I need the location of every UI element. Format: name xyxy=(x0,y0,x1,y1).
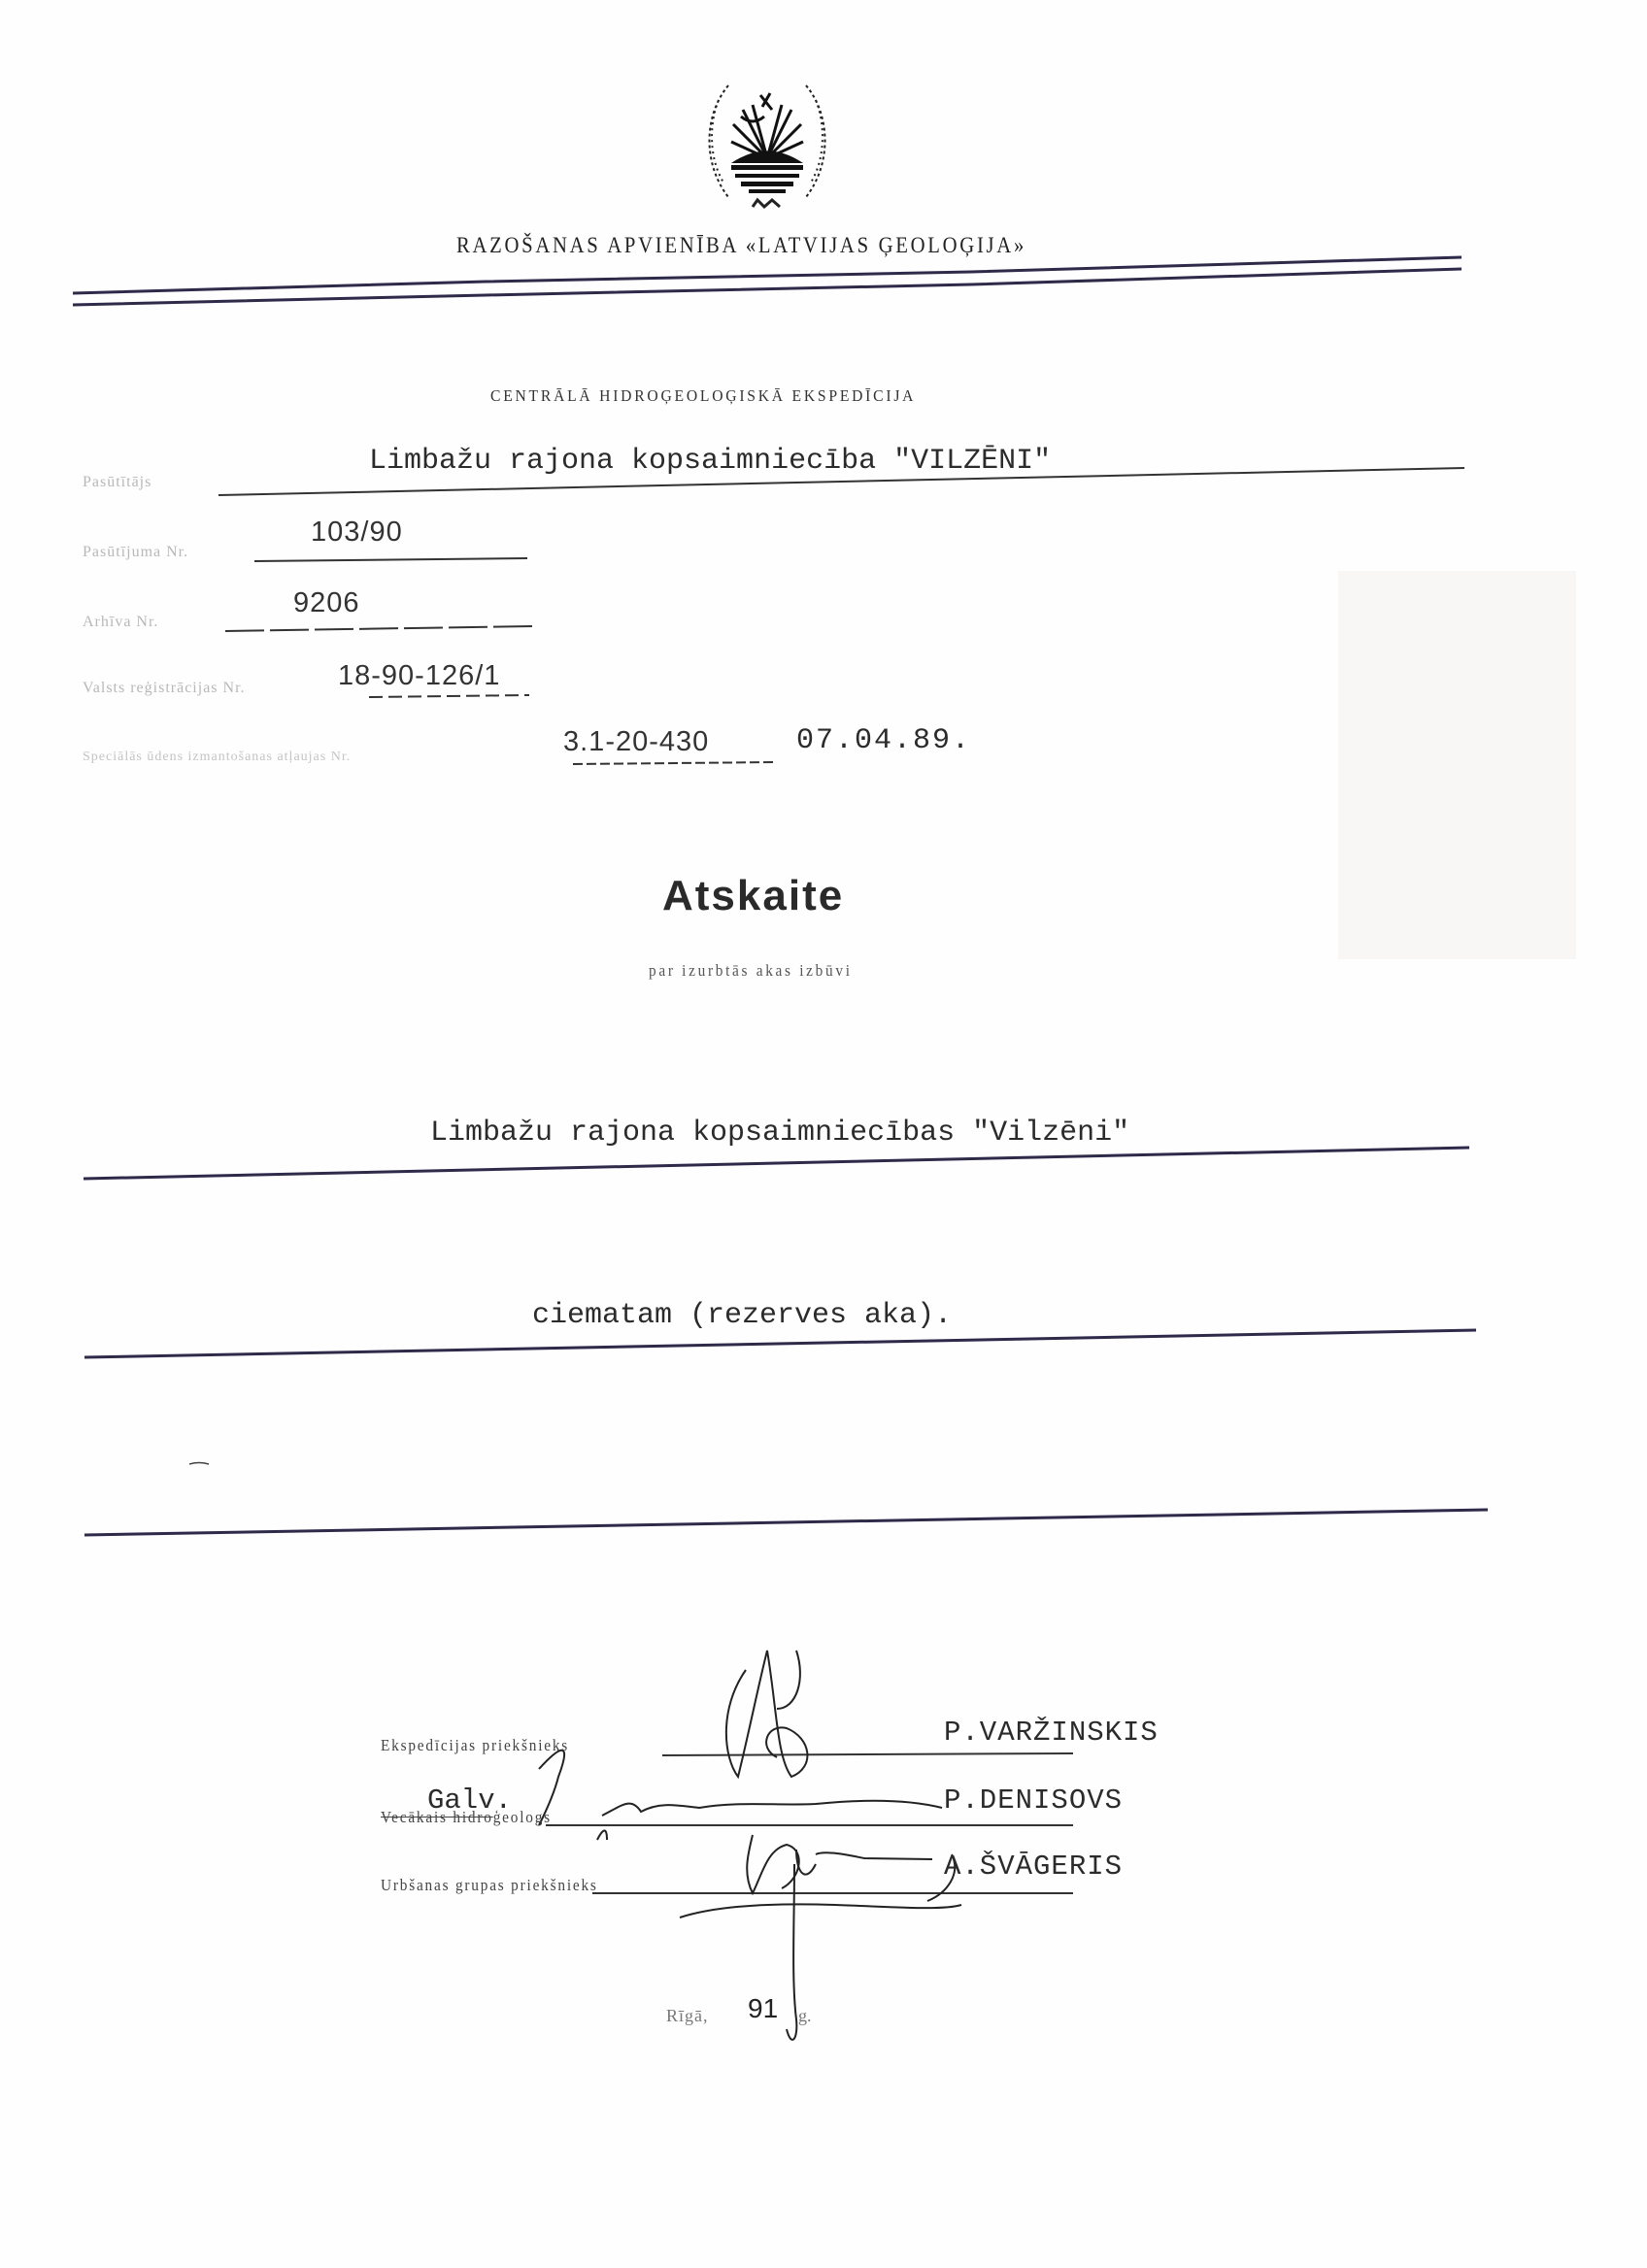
field-label-water-permit: Speciālās ūdens izmantošanas atļaujas Nr… xyxy=(83,750,351,765)
footer-year-suffix: g. xyxy=(798,2006,812,2026)
organization-name: RAZOŠANAS APVIENĪBA «LATVIJAS ĢEOLOĢIJA» xyxy=(456,233,1026,258)
signature-strokes xyxy=(539,1651,961,2040)
coat-of-arms-icon xyxy=(694,66,840,221)
signature-role-drilling-head: Urbšanas grupas priekšnieks xyxy=(381,1876,598,1895)
footer-year: 91 xyxy=(748,1993,778,2024)
signature-name-varzinskis: P.VARŽINSKIS xyxy=(944,1717,1159,1749)
field-label-state-registration: Valsts reģistrācijas Nr. xyxy=(83,680,246,697)
field-label-customer: Pasūtītājs xyxy=(83,474,151,491)
field-value-state-registration: 18-90-126/1 xyxy=(338,660,500,692)
signature-name-denisovs: P.DENISOVS xyxy=(944,1784,1123,1817)
report-title: Atskaite xyxy=(662,872,844,920)
report-line-2: ciematam (rezerves aka). xyxy=(532,1299,952,1332)
report-line-1: Limbažu rajona kopsaimniecības "Vilzēni" xyxy=(430,1117,1129,1150)
signature-name-svageris: A.ŠVĀGERIS xyxy=(944,1851,1123,1883)
signature-role-expedition-head: Ekspedīcijas priekšnieks xyxy=(381,1736,569,1755)
document-page: RAZOŠANAS APVIENĪBA «LATVIJAS ĢEOLOĢIJA» xyxy=(0,0,1647,2268)
field-value-order-number: 103/90 xyxy=(311,517,403,549)
report-subtitle: par izurbtās akas izbūvi xyxy=(649,961,853,981)
field-value-water-permit: 3.1-20-430 xyxy=(563,726,709,758)
field-label-archive-number: Arhīva Nr. xyxy=(83,614,158,631)
field-value-permit-date: 07.04.89. xyxy=(796,724,971,757)
struck-role-text: Vecākais hidro xyxy=(381,1808,493,1826)
role-suffix: ģeologs xyxy=(493,1808,552,1826)
field-label-order-number: Pasūtījuma Nr. xyxy=(83,544,188,561)
scan-artifact-patch xyxy=(1338,571,1576,959)
expedition-name: CENTRĀLĀ HIDROĢEOLOĢISKĀ EKSPEDĪCIJA xyxy=(490,386,916,406)
signature-role-hydrogeologist: Vecākais hidroģeologs xyxy=(381,1808,552,1827)
field-value-customer: Limbažu rajona kopsaimniecība "VILZĒNI" xyxy=(369,445,1051,478)
footer-city: Rīgā, xyxy=(666,2006,709,2026)
field-value-archive-number: 9206 xyxy=(293,587,360,619)
